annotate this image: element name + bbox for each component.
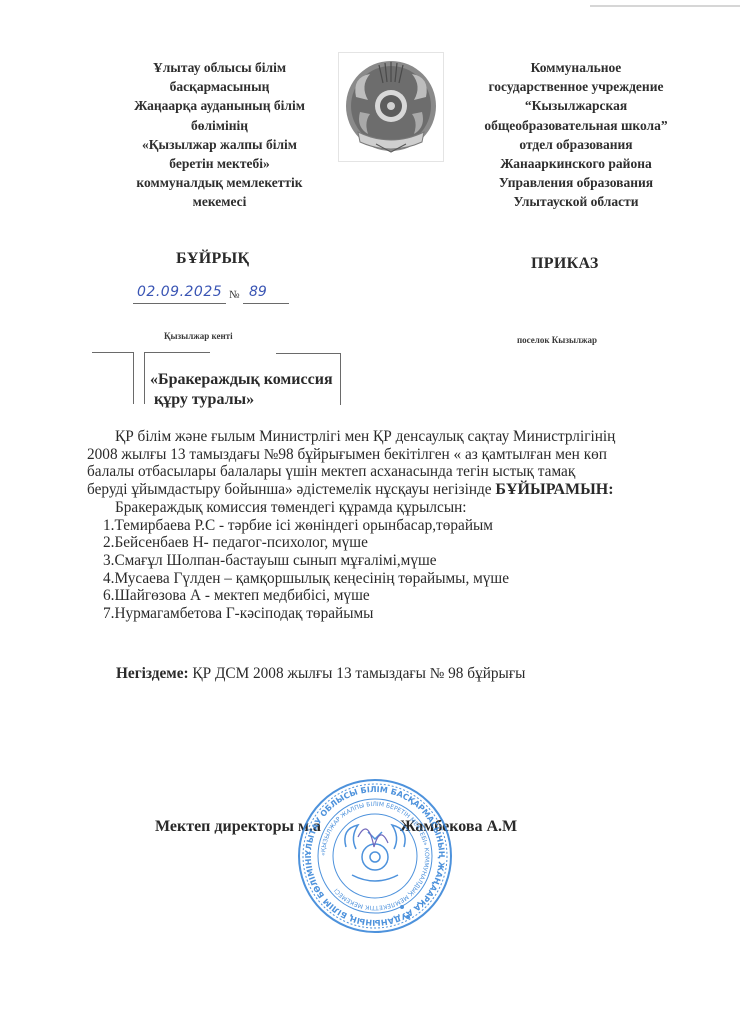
bracket-line (144, 352, 210, 353)
member-item: 4.Мусаева Гүлден – қамқоршылық кеңесінің… (87, 570, 717, 588)
header-right-russian: Коммунальное государственное учреждение … (465, 58, 687, 212)
header-left-line: Ұлытау облысы білім (92, 58, 347, 77)
member-item: 7.Нурмагамбетова Г-кәсіподақ төрайымы (87, 605, 717, 623)
body-line: балалы отбасылары балалары үшін мектеп а… (87, 463, 717, 481)
order-number: 89 (249, 284, 267, 300)
basis-line: Негіздеме: ҚР ДСМ 2008 жылғы 13 тамыздағ… (116, 665, 525, 683)
body-line: ҚР білім және ғылым Министрлігі мен ҚР д… (87, 428, 717, 446)
member-item: 6.Шайгөзова А - мектеп медбибісі, мүше (87, 587, 717, 605)
document-title-russian: ПРИКАЗ (531, 255, 599, 273)
header-right-line: общеобразовательная школа” (465, 116, 687, 135)
order-word: БҰЙЫРАМЫН: (495, 481, 613, 498)
bracket-line (92, 352, 134, 353)
subject-line: құру туралы» (150, 390, 333, 410)
member-item: 2.Бейсенбаев Н- педагог-психолог, мүше (87, 534, 717, 552)
member-item: 1.Темирбаева Р.С - тәрбие ісі жөніндегі … (87, 517, 717, 535)
location-kazakh: Қызылжар кенті (164, 331, 233, 341)
header-right-line: государственное учреждение (465, 77, 687, 96)
date-underline (133, 303, 226, 304)
header-right-line: Жанааркинского района (465, 154, 687, 173)
subject-line: «Бракераждық комиссия (150, 370, 333, 390)
order-body: ҚР білім және ғылым Министрлігі мен ҚР д… (87, 428, 717, 623)
order-date: 02.09.2025 (137, 284, 222, 300)
order-subject: «Бракераждық комиссия құру туралы» (150, 370, 333, 410)
header-left-line: коммуналдық мемлекеттік (92, 173, 347, 192)
bracket-line (133, 352, 134, 404)
number-sign: № (229, 289, 240, 301)
composition-intro: Бракераждық комиссия төмендегі құрамда қ… (87, 499, 717, 517)
header-left-kazakh: Ұлытау облысы білім басқармасының Жаңаар… (92, 58, 347, 212)
document-title-kazakh: БҰЙРЫҚ (176, 250, 249, 268)
number-underline (243, 303, 289, 304)
header-left-line: «Қызылжар жалпы білім (92, 135, 347, 154)
header-left-line: бөлімінің (92, 116, 347, 135)
bracket-line (340, 353, 341, 405)
bracket-line (144, 352, 145, 404)
header-right-line: “Кызылжарская (465, 96, 687, 115)
header-left-line: басқармасының (92, 77, 347, 96)
basis-text: ҚР ДСМ 2008 жылғы 13 тамыздағы № 98 бұйр… (189, 665, 526, 682)
stamp-inner-text: «ҚЫЗЫЛЖАР ЖАЛПЫ БІЛІМ БЕРЕТІН МЕКТЕБІ» К… (320, 801, 430, 911)
header-right-line: отдел образования (465, 135, 687, 154)
header-right-line: Управления образования (465, 173, 687, 192)
bracket-line (276, 353, 340, 354)
kazakhstan-state-emblem-icon (338, 52, 444, 162)
header-right-line: Коммунальное (465, 58, 687, 77)
order-date-number: 02.09.2025 № 89 (133, 284, 289, 306)
member-item: 3.Смағұл Шолпан-бастауыш сынып мұғалімі,… (87, 552, 717, 570)
body-line: 2008 жылғы 13 тамыздағы №98 бұйрығымен б… (87, 446, 717, 464)
svg-text:«ҚЫЗЫЛЖАР ЖАЛПЫ БІЛІМ БЕРЕТІН: «ҚЫЗЫЛЖАР ЖАЛПЫ БІЛІМ БЕРЕТІН МЕКТЕБІ» К… (320, 801, 430, 911)
body-line: беруді ұйымдастыру бойынша» әдістемелік … (87, 481, 495, 498)
official-round-stamp-icon: ҰЛЫТАУ ОБЛЫСЫ БІЛІМ БАСҚАРМАСЫНЫҢ ЖАҢААР… (296, 777, 454, 935)
scan-artifact (590, 5, 740, 7)
header-right-line: Улытауской области (465, 192, 687, 211)
basis-label: Негіздеме: (116, 665, 189, 682)
header-left-line: мекемесі (92, 192, 347, 211)
header-left-line: Жаңаарқа ауданының білім (92, 96, 347, 115)
location-russian: поселок Кызылжар (517, 335, 597, 345)
header-left-line: беретін мектебі» (92, 154, 347, 173)
